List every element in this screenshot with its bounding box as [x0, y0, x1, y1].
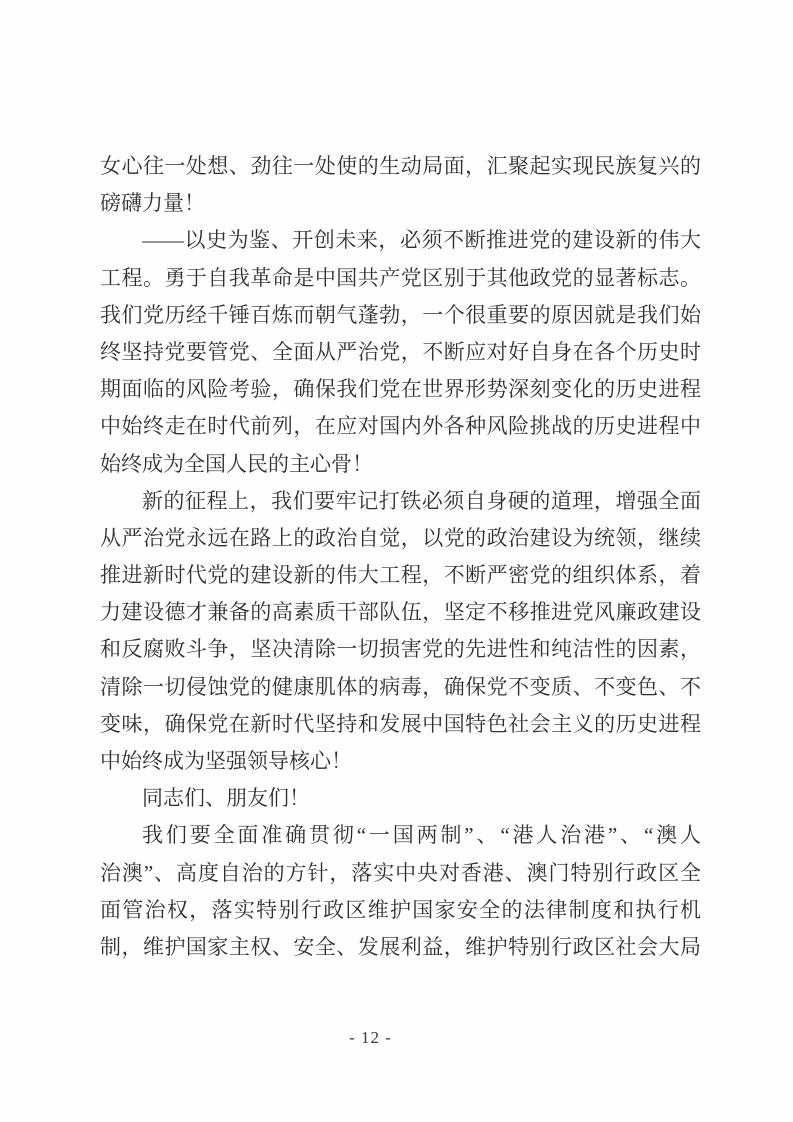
text-line: 治澳”、高度自治的方针，落实中央对香港、澳门特别行政区全	[100, 855, 701, 892]
text-line: 面管治权，落实特别行政区维护国家安全的法律制度和执行机	[100, 892, 701, 929]
document-page: 女心往一处想、劲往一处使的生动局面，汇聚起实现民族复兴的磅礴力量！——以史为鉴、…	[0, 0, 793, 1122]
page-number: - 12 -	[0, 1028, 767, 1048]
text-line: 推进新时代党的建设新的伟大工程，不断严密党的组织体系，着	[100, 557, 701, 594]
text-line: 女心往一处想、劲往一处使的生动局面，汇聚起实现民族复兴的	[100, 148, 701, 185]
body-text: 女心往一处想、劲往一处使的生动局面，汇聚起实现民族复兴的磅礴力量！——以史为鉴、…	[100, 148, 701, 966]
text-line: 同志们、朋友们！	[100, 780, 701, 817]
text-line: 工程。勇于自我革命是中国共产党区别于其他政党的显著标志。	[100, 260, 701, 297]
text-line: 中始终成为坚强领导核心！	[100, 743, 701, 780]
text-line: ——以史为鉴、开创未来，必须不断推进党的建设新的伟大	[100, 222, 701, 259]
text-line: 我们党历经千锤百炼而朝气蓬勃，一个很重要的原因就是我们始	[100, 297, 701, 334]
text-line: 制，维护国家主权、安全、发展利益，维护特别行政区社会大局	[100, 929, 701, 966]
text-line: 力建设德才兼备的高素质干部队伍，坚定不移推进党风廉政建设	[100, 594, 701, 631]
text-line: 新的征程上，我们要牢记打铁必须自身硬的道理，增强全面	[100, 483, 701, 520]
text-line: 始终成为全国人民的主心骨！	[100, 446, 701, 483]
text-line: 我们要全面准确贯彻“一国两制”、“港人治港”、“澳人	[100, 817, 701, 854]
text-line: 从严治党永远在路上的政治自觉，以党的政治建设为统领，继续	[100, 520, 701, 557]
text-line: 变味，确保党在新时代坚持和发展中国特色社会主义的历史进程	[100, 706, 701, 743]
text-line: 磅礴力量！	[100, 185, 701, 222]
text-line: 中始终走在时代前列，在应对国内外各种风险挑战的历史进程中	[100, 408, 701, 445]
text-line: 清除一切侵蚀党的健康肌体的病毒，确保党不变质、不变色、不	[100, 669, 701, 706]
text-line: 和反腐败斗争，坚决清除一切损害党的先进性和纯洁性的因素，	[100, 631, 701, 668]
text-line: 期面临的风险考验，确保我们党在世界形势深刻变化的历史进程	[100, 371, 701, 408]
text-line: 终坚持党要管党、全面从严治党，不断应对好自身在各个历史时	[100, 334, 701, 371]
